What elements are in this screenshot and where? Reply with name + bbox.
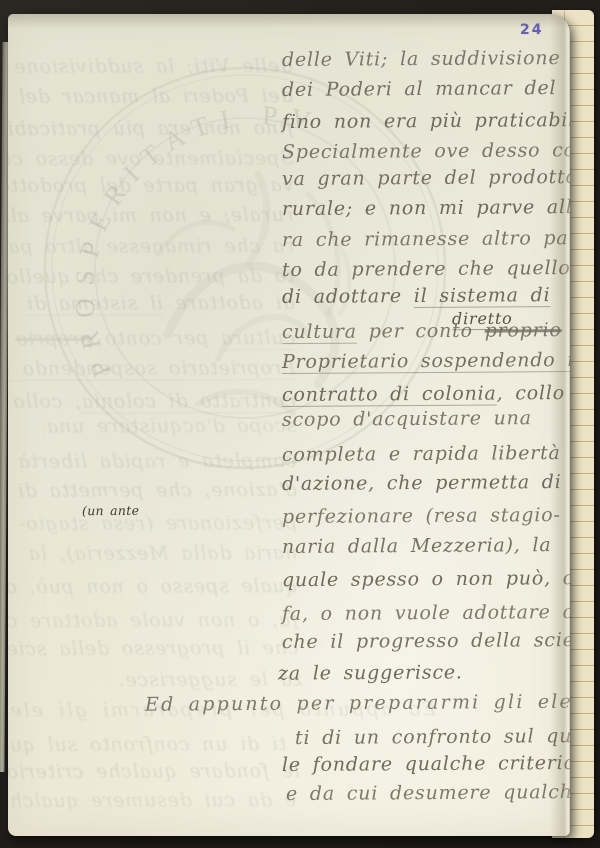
manuscript-text: to da prendere che quello: [282, 257, 570, 281]
manuscript-line: Proprietario sospendendo il: [282, 349, 570, 374]
manuscript-line: dei Poderi al mancar del: [18, 85, 292, 109]
manuscript-text: Proprietario sospendendo il: [8, 357, 295, 380]
manuscript-text: proprio: [15, 328, 92, 350]
manuscript-line: fino non era più praticabile,: [8, 117, 293, 141]
manuscript-line: che il progresso della scien-: [8, 637, 298, 661]
manuscript-line: cultura per conto proprio del: [8, 327, 295, 351]
manuscript-text: za le suggerisce.: [118, 669, 303, 692]
manuscript-line: quale spesso o non può, o non: [282, 567, 570, 592]
manuscript-line: che il progresso della scien-: [282, 629, 570, 654]
interlinear-insertion: diretto: [452, 307, 513, 330]
manuscript-line: dei Poderi al mancar del: [282, 77, 557, 102]
manuscript-line: ti di un confronto sul qua-: [295, 725, 570, 750]
manuscript-text: quale spesso o non può, o non: [282, 567, 570, 591]
manuscript-text: naria dalla Mezzeria), la: [282, 534, 552, 558]
manuscript-text: ti di un confronto sul qua-: [8, 733, 286, 756]
manuscript-line: delle Viti; la suddivisione: [14, 55, 293, 79]
manuscript-text: Specialmente ove desso costitui-: [282, 139, 570, 163]
manuscript-line: fa, o non vuole adottare ciò: [282, 601, 570, 626]
manuscript-text: che il progresso della scien-: [8, 637, 298, 660]
manuscript-text: va gran parte del prodotto: [282, 166, 570, 190]
manuscript-line: ra che rimanesse altro parti-: [8, 235, 294, 259]
manuscript-text: dei Poderi al mancar del: [18, 85, 292, 108]
manuscript-line: ti di un confronto sul qua-: [8, 733, 286, 757]
margin-note: (un ante: [82, 499, 139, 522]
manuscript-line: scopo d'acquistare una: [46, 415, 296, 439]
manuscript-line: fino non era più praticabile,: [282, 109, 570, 134]
manuscript-text: le fondare qualche criterio: [8, 760, 300, 783]
manuscript-line: perfezionare (resa stagio-: [282, 504, 561, 529]
page-number: 24: [520, 22, 543, 38]
manuscript-text: il sistema di: [414, 284, 551, 307]
manuscript-line: quale spesso o non può, o non: [8, 575, 298, 599]
manuscript-text: , collo: [13, 391, 81, 413]
manuscript-line: va gran parte del prodotto: [282, 166, 570, 191]
manuscript-text: e da cui desumere qualche: [8, 789, 296, 812]
manuscript-text: to da prendere che quello: [8, 265, 294, 288]
manuscript-text: cultura: [282, 321, 357, 344]
manuscript-line: Ed appunto per prepararmi gli elemen-: [145, 690, 570, 716]
manuscript-text: d'azione, che permetta di: [282, 471, 562, 495]
manuscript-line: za le suggerisce.: [278, 661, 463, 685]
manuscript-text: rurale; e non mi parve allo-: [8, 204, 294, 227]
manuscript-line: completa e rapida libertà: [282, 442, 561, 467]
manuscript-text: delle Viti; la suddivisione: [14, 55, 293, 78]
manuscript-text: scopo d'acquistare una: [46, 415, 296, 438]
manuscript-text: del: [8, 328, 15, 350]
manuscript-text: completa e rapida libertà: [18, 450, 297, 473]
manuscript-text: il sistema di: [26, 292, 163, 314]
manuscript-page: PROSPERITATI PV delle Viti; la suddivisi…: [8, 14, 570, 836]
manuscript-text: del: [562, 319, 570, 341]
manuscript-line: le fondare qualche criterio: [8, 760, 300, 784]
manuscript-line: contratto di colonia, collo: [282, 382, 565, 407]
manuscript-line: cultura per conto proprio del: [282, 319, 570, 344]
manuscript-line: d'azione, che permetta di: [282, 471, 562, 496]
manuscript-text: contratto di colonia: [282, 382, 497, 405]
manuscript-line: di adottare il sistema di: [26, 292, 295, 316]
manuscript-text: fino non era più praticabile,: [282, 109, 570, 133]
manuscript-text: naria dalla Mezzeria), la: [28, 542, 298, 565]
manuscript-line: d'azione, che permetta di: [17, 479, 297, 503]
manuscript-text: le fondare qualche criterio: [282, 752, 570, 776]
manuscript-line: fa, o non vuole adottare ciò: [8, 609, 298, 633]
manuscript-line: za le suggerisce.: [118, 669, 303, 693]
manuscript-line: di adottare il sistema di: [282, 284, 551, 309]
manuscript-line: rurale; e non mi parve allo-: [8, 204, 294, 228]
manuscript-text: ti di un confronto sul qua-: [295, 725, 570, 749]
manuscript-text: delle Viti; la suddivisione: [282, 47, 561, 71]
manuscript-line: completa e rapida libertà: [18, 450, 297, 474]
manuscript-line: perfezionare (resa stagio-: [18, 512, 297, 536]
manuscript-line: Specialmente ove desso costitui-: [282, 139, 570, 164]
manuscript-text: fino non era più praticabile,: [8, 117, 293, 140]
manuscript-text: fa, o non vuole adottare ciò: [282, 601, 570, 625]
manuscript-line: scopo d'acquistare una: [282, 407, 532, 432]
manuscript-scan: { "page": { "number": "24", "number_colo…: [0, 0, 600, 848]
manuscript-text: per conto: [92, 327, 220, 349]
manuscript-text: perfezionare (resa stagio-: [282, 504, 561, 528]
manuscript-text: Ed appunto per prepararmi gli elemen-: [145, 690, 570, 715]
manuscript-line: le fondare qualche criterio: [282, 752, 570, 777]
manuscript-text: Proprietario sospendendo il: [282, 349, 570, 373]
manuscript-line: va gran parte del prodotto: [8, 174, 293, 198]
manuscript-text: va gran parte del prodotto: [8, 174, 293, 197]
manuscript-line: to da prendere che quello: [282, 257, 570, 282]
manuscript-text: di adottare: [163, 292, 295, 314]
manuscript-line: e da cui desumere qualche: [286, 781, 570, 806]
manuscript-text: fa, o non vuole adottare ciò: [8, 609, 298, 632]
manuscript-text: che il progresso della scien-: [282, 629, 570, 653]
manuscript-text: perfezionare (resa stagio-: [18, 512, 297, 535]
manuscript-text: di adottare: [282, 285, 414, 308]
manuscript-text: ra che rimanesse altro parti-: [8, 235, 294, 258]
manuscript-text: e da cui desumere qualche: [286, 781, 570, 805]
manuscript-text: dei Poderi al mancar del: [282, 77, 557, 101]
manuscript-line: Proprietario sospendendo il: [8, 357, 295, 381]
manuscript-line: to da prendere che quello: [8, 265, 294, 289]
manuscript-text: completa e rapida libertà: [282, 442, 561, 466]
manuscript-line: contratto di colonia, collo: [13, 390, 296, 414]
manuscript-text: rurale; e non mi parve allo-: [282, 196, 570, 220]
manuscript-line: ra che rimanesse altro parti-: [282, 227, 570, 252]
manuscript-line: delle Viti; la suddivisione: [282, 47, 561, 72]
manuscript-text: ra che rimanesse altro parti-: [282, 227, 570, 251]
manuscript-text: scopo d'acquistare una: [282, 407, 532, 431]
manuscript-line: Specialmente ove desso costitui-: [8, 147, 293, 171]
manuscript-text: d'azione, che permetta di: [17, 479, 297, 502]
manuscript-line: e da cui desumere qualche: [8, 789, 296, 813]
manuscript-line: rurale; e non mi parve allo-: [282, 196, 570, 221]
manuscript-text: za le suggerisce.: [278, 661, 463, 684]
manuscript-line: naria dalla Mezzeria), la: [28, 542, 298, 566]
manuscript-text: Specialmente ove desso costitui-: [8, 147, 293, 170]
manuscript-text: quale spesso o non può, o non: [8, 575, 298, 598]
manuscript-text: , collo: [497, 382, 566, 404]
manuscript-text: contratto di colonia: [81, 390, 296, 413]
insertion-text: diretto: [452, 309, 513, 328]
manuscript-line: naria dalla Mezzeria), la: [282, 534, 552, 559]
